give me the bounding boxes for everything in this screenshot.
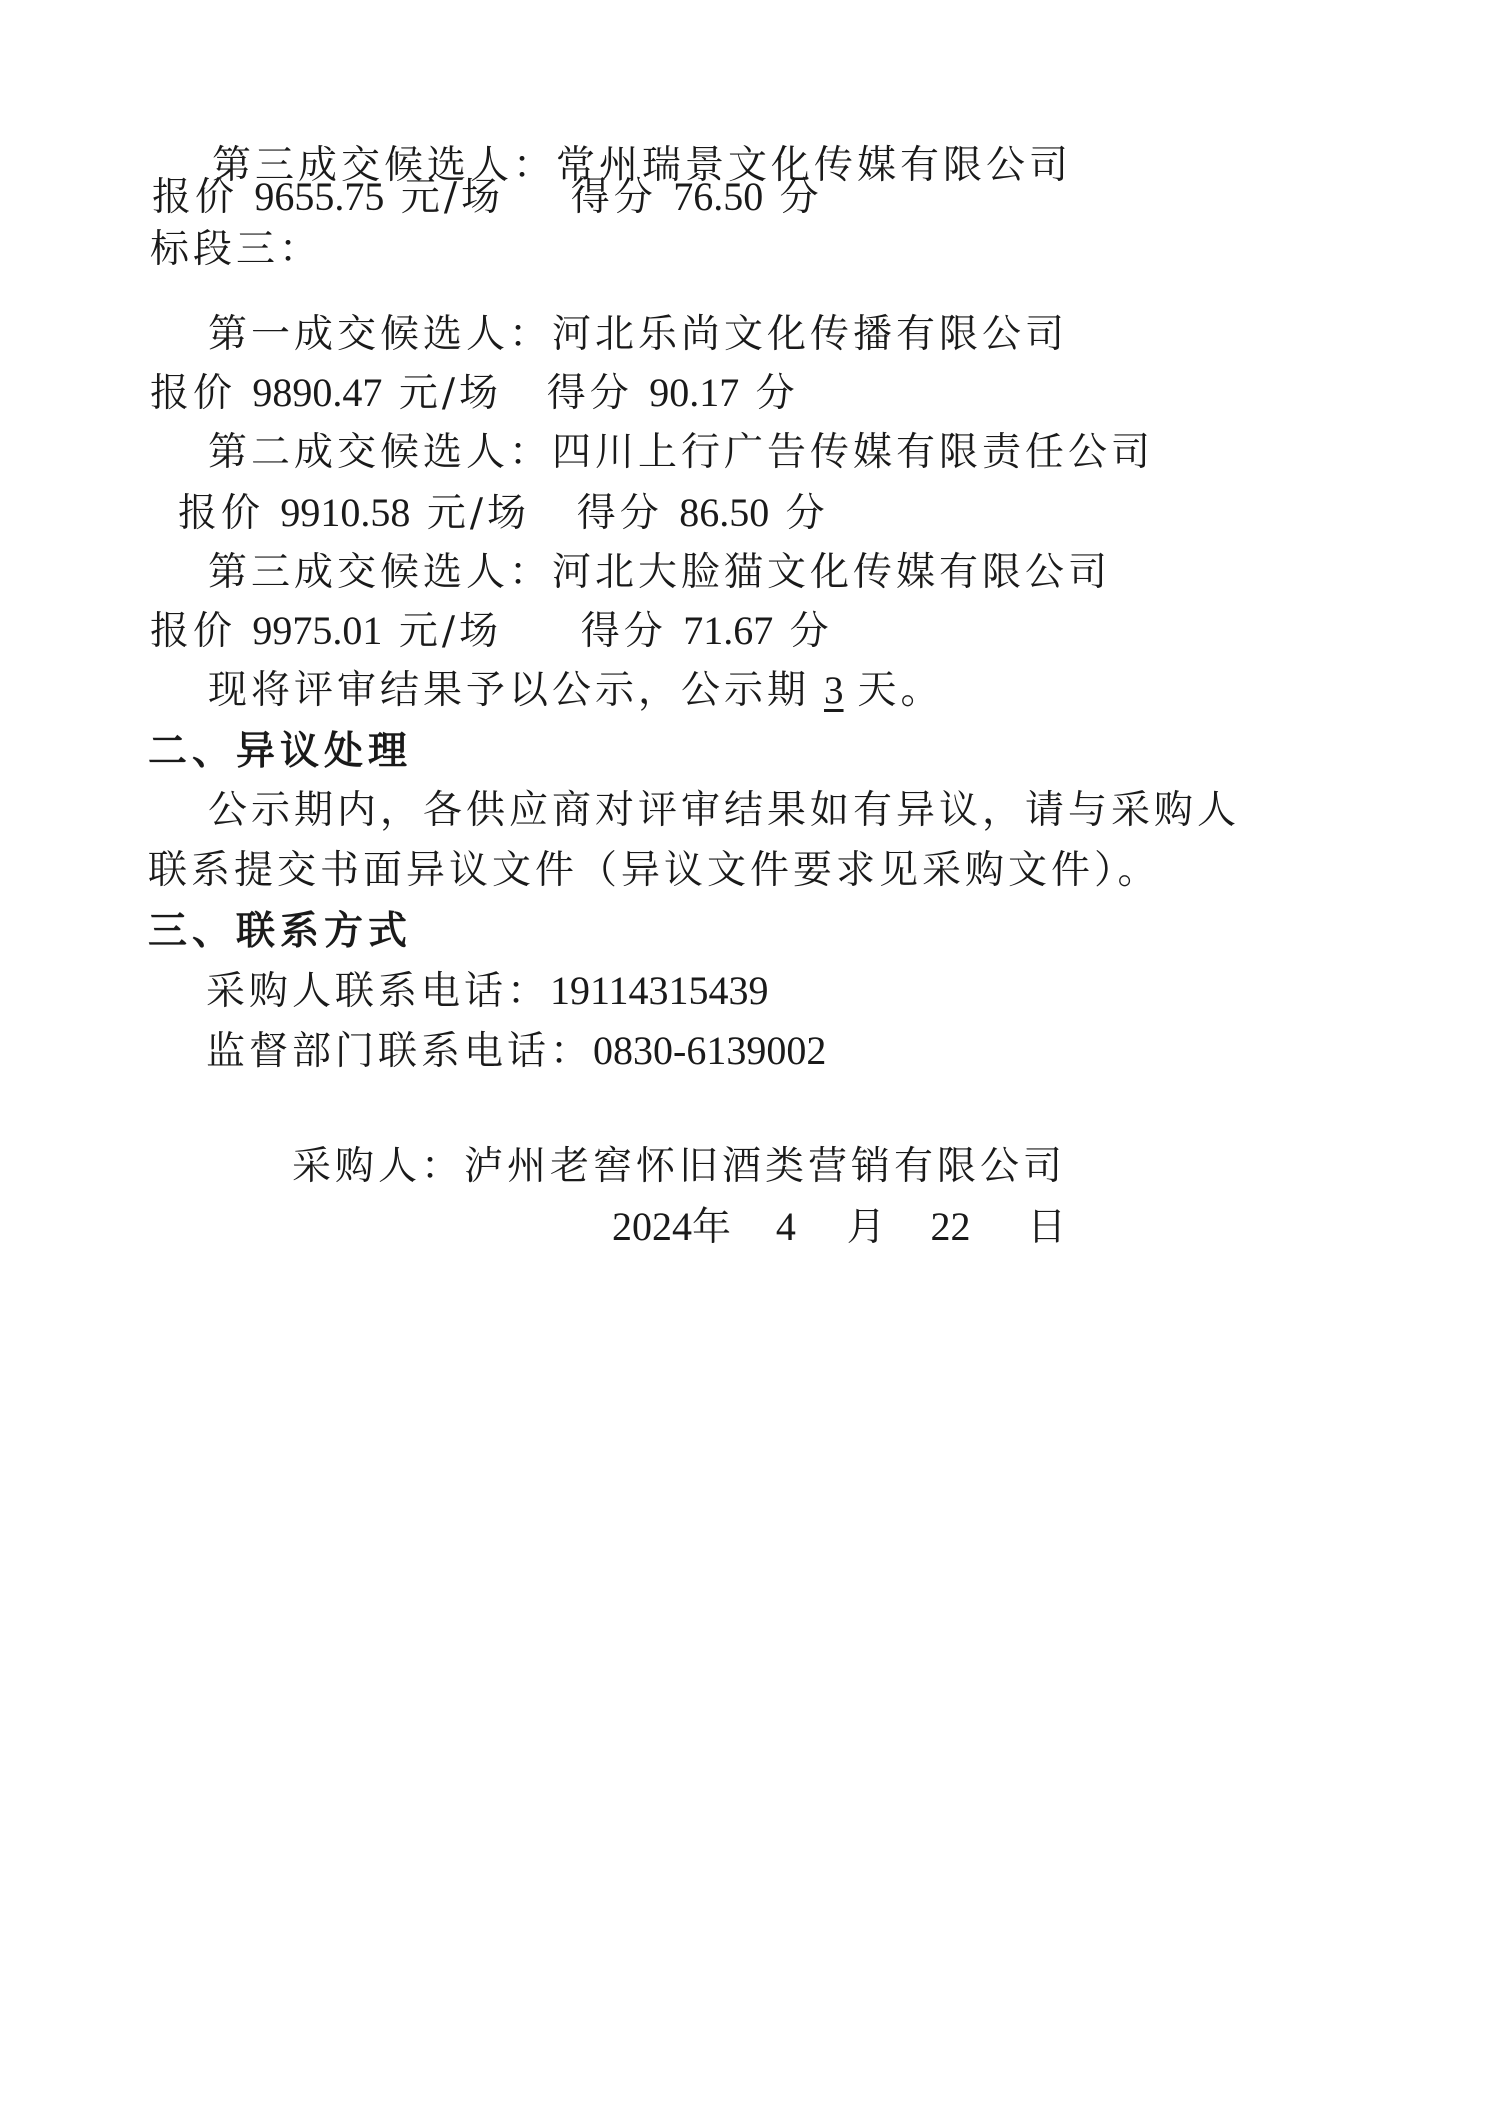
date-year: 2024	[612, 1204, 692, 1249]
purchaser-phone: 19114315439	[550, 968, 769, 1013]
document-page: 第三成交候选人：常州瑞景文化传媒有限公司 报价 9655.75 元/场 得分 7…	[0, 0, 1500, 2115]
supervisor-phone-label: 监督部门联系电话：	[206, 1029, 593, 1074]
lot3-title: 标段三：	[150, 226, 322, 274]
price-label: 报价	[152, 175, 238, 220]
publicity-suffix: 天。	[858, 668, 944, 713]
purchaser-name: 泸州老窖怀旧酒类营销有限公司	[464, 1144, 1066, 1189]
publicity-prefix: 现将评审结果予以公示，公示期	[208, 668, 810, 713]
date-day-unit: 日	[1027, 1205, 1070, 1250]
section-heading-objection: 二、异议处理	[148, 727, 412, 775]
candidate-rank-label: 第三成交候选人：	[208, 550, 552, 595]
candidate-name: 四川上行广告传媒有限责任公司	[552, 430, 1154, 475]
score-value: 76.50	[673, 174, 763, 219]
lot3-second-candidate: 第二成交候选人：四川上行广告传媒有限责任公司	[208, 429, 1154, 477]
section-heading-contact: 三、联系方式	[148, 907, 412, 955]
price-value: 9655.75	[254, 174, 384, 219]
price-value: 9890.47	[252, 370, 382, 415]
score-unit: 分	[780, 175, 823, 220]
price-label: 报价	[150, 371, 236, 416]
score-label: 得分	[577, 491, 663, 536]
price-unit: 元/场	[399, 609, 502, 654]
date-month: 4	[776, 1204, 796, 1249]
objection-paragraph-line1: 公示期内，各供应商对评审结果如有异议，请与采购人	[208, 787, 1240, 835]
price-value: 9910.58	[280, 490, 410, 535]
score-unit: 分	[756, 371, 799, 416]
lot3-first-quote: 报价 9890.47 元/场 得分 90.17 分	[150, 369, 799, 418]
purchaser-phone-label: 采购人联系电话：	[206, 969, 550, 1014]
candidate-name: 河北大脸猫文化传媒有限公司	[552, 550, 1111, 595]
lot3-third-quote: 报价 9975.01 元/场 得分 71.67 分	[150, 607, 833, 656]
date-year-unit: 年	[692, 1205, 735, 1250]
candidate-rank-label: 第一成交候选人：	[208, 312, 552, 357]
purchaser-phone-line: 采购人联系电话：19114315439	[206, 967, 769, 1016]
price-unit: 元/场	[401, 175, 504, 220]
signature-purchaser: 采购人：泸州老窖怀旧酒类营销有限公司	[292, 1143, 1066, 1191]
price-label: 报价	[178, 491, 264, 536]
date-month-unit: 月	[847, 1205, 890, 1250]
lot3-second-quote: 报价 9910.58 元/场 得分 86.50 分	[178, 489, 829, 538]
price-label: 报价	[150, 609, 236, 654]
score-unit: 分	[790, 609, 833, 654]
score-label: 得分	[547, 371, 633, 416]
price-value: 9975.01	[252, 608, 382, 653]
lot3-third-candidate: 第三成交候选人：河北大脸猫文化传媒有限公司	[208, 549, 1111, 597]
objection-paragraph-line2: 联系提交书面异议文件（异议文件要求见采购文件）。	[148, 847, 1161, 895]
candidate-rank-label: 第二成交候选人：	[208, 430, 552, 475]
supervisor-phone: 0830-6139002	[593, 1028, 826, 1073]
price-unit: 元/场	[427, 491, 530, 536]
supervisor-phone-line: 监督部门联系电话：0830-6139002	[206, 1027, 826, 1076]
publicity-days: 3	[810, 669, 858, 712]
signature-date: 2024年 4 月 22 日	[612, 1203, 1070, 1252]
score-label: 得分	[571, 175, 657, 220]
score-value: 86.50	[679, 490, 769, 535]
score-value: 71.67	[683, 608, 773, 653]
candidate-name: 河北乐尚文化传播有限公司	[552, 312, 1068, 357]
score-value: 90.17	[649, 370, 739, 415]
purchaser-label: 采购人：	[292, 1144, 464, 1189]
date-day: 22	[930, 1204, 970, 1249]
price-unit: 元/场	[399, 371, 502, 416]
lot3-first-candidate: 第一成交候选人：河北乐尚文化传播有限公司	[208, 311, 1068, 359]
score-label: 得分	[581, 609, 667, 654]
lot2-third-quote: 报价 9655.75 元/场 得分 76.50 分	[152, 173, 823, 222]
score-unit: 分	[786, 491, 829, 536]
publicity-statement: 现将评审结果予以公示，公示期3天。	[208, 667, 944, 715]
